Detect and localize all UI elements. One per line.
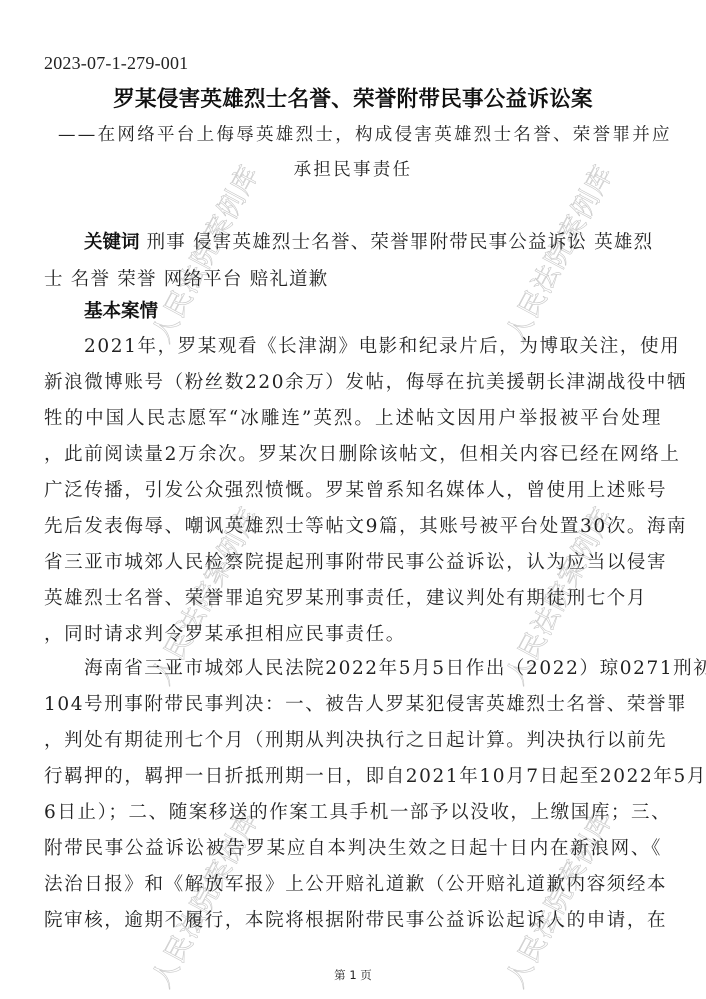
paragraph-line: 104号刑事附带民事判决：一、被告人罗某犯侵害英雄烈士名誉、荣誉罪 [44,693,662,717]
keywords-line-1: 关键词 刑事 侵害英雄烈士名誉、荣誉罪附带民事公益诉讼 英雄烈 [84,231,653,255]
paragraph-line: 海南省三亚市城郊人民法院2022年5月5日作出（2022）琼0271刑初 [84,657,662,681]
paragraph-line: 广泛传播，引发公众强烈愤慨。罗某曾系知名媒体人，曾使用上述账号 [44,479,662,503]
keywords-label: 关键词 [84,232,140,253]
paragraph-line: 行羁押的，羁押一日折抵刑期一日，即自2021年10月7日起至2022年5月 [44,765,662,789]
paragraph-line: 法治日报》和《解放军报》上公开赔礼道歉（公开赔礼道歉内容须经本 [44,873,662,897]
keywords-text: 刑事 侵害英雄烈士名誉、荣誉罪附带民事公益诉讼 英雄烈 [147,232,654,253]
section-heading: 基本案情 [84,300,158,324]
case-number: 2023-07-1-279-001 [44,51,188,75]
subtitle-line-2: 承担民事责任 [0,158,706,182]
paragraph-line: ，此前阅读量2万余次。罗某次日删除该帖文，但相关内容已经在网络上 [44,443,662,467]
keywords-line-2: 士 名誉 荣誉 网络平台 赔礼道歉 [44,268,328,292]
paragraph-line: ，同时请求判令罗某承担相应民事责任。 [44,623,662,647]
page-number: 第 1 页 [0,963,706,987]
paragraph-line: 牲的中国人民志愿军“冰雕连”英烈。上述帖文因用户举报被平台处理 [44,407,662,431]
paragraph-line: 附带民事公益诉讼被告罗某应自本判决生效之日起十日内在新浪网、《 [44,837,662,861]
paragraph-line: ，判处有期徒刑七个月（刑期从判决执行之日起计算。判决执行以前先 [44,729,662,753]
paragraph-line: 新浪微博账号（粉丝数220余万）发帖，侮辱在抗美援朝长津湖战役中牺 [44,371,662,395]
paragraph-line: 院审核，逾期不履行，本院将根据附带民事公益诉讼起诉人的申请，在 [44,909,662,933]
document-title: 罗某侵害英雄烈士名誉、荣誉附带民事公益诉讼案 [0,88,706,112]
paragraph-line: 省三亚市城郊人民检察院提起刑事附带民事公益诉讼，认为应当以侵害 [44,551,662,575]
paragraph-line: 英雄烈士名誉、荣誉罪追究罗某刑事责任，建议判处有期徒刑七个月 [44,587,662,611]
paragraph-line: 先后发表侮辱、嘲讽英雄烈士等帖文9篇，其账号被平台处置30次。海南 [44,515,662,539]
paragraph-line: 2021年，罗某观看《长津湖》电影和纪录片后，为博取关注，使用 [84,335,662,359]
paragraph-line: 6日止）；二、随案移送的作案工具手机一部予以没收，上缴国库；三、 [44,801,662,825]
document-page: 人民法院案例库 人民法院案例库 人民法院案例库 人民法院案例库 人民法院案例库 … [0,0,706,999]
subtitle-line-1: ——在网络平台上侮辱英雄烈士，构成侵害英雄烈士名誉、荣誉罪并应 [58,123,672,147]
